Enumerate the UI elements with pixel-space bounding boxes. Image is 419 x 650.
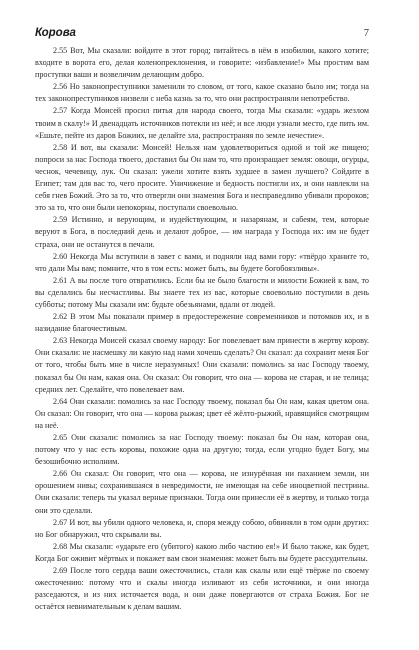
verse-list: 2.55 Вот, Мы сказали: войдите в этот гор… — [35, 45, 369, 613]
chapter-title: Корова — [35, 27, 76, 39]
verse-2-66: 2.66 Он сказал: Он говорит, что она — ко… — [35, 468, 369, 516]
verse-2-59: 2.59 Истинно, и верующим, и иудействующи… — [35, 214, 369, 250]
verse-2-65: 2.65 Они сказали: помолись за нас Господ… — [35, 432, 369, 468]
book-page: Корова 7 2.55 Вот, Мы сказали: войдите в… — [35, 27, 369, 613]
verse-2-64: 2.64 Они сказали: помолись за нас Господ… — [35, 396, 369, 432]
verse-2-56: 2.56 Но законопреступники заменили то сл… — [35, 81, 369, 105]
verse-2-68: 2.68 Мы сказали: «ударьте его (убитого) … — [35, 541, 369, 565]
verse-2-63: 2.63 Некогда Моисей сказал своему народу… — [35, 335, 369, 395]
verse-2-62: 2.62 В этом Мы показали пример в предост… — [35, 311, 369, 335]
verse-2-60: 2.60 Некогда Мы вступили в завет с вами,… — [35, 251, 369, 275]
verse-2-69: 2.69 После того сердца ваши ожесточились… — [35, 565, 369, 613]
verse-2-67: 2.67 И вот, вы убили одного человека, и,… — [35, 517, 369, 541]
verse-2-57: 2.57 Когда Моисей просил питья для народ… — [35, 105, 369, 141]
running-header: Корова 7 — [35, 27, 369, 39]
page-number: 7 — [364, 28, 369, 39]
verse-2-61: 2.61 А вы после того отвратились. Если б… — [35, 275, 369, 311]
verse-2-58: 2.58 И вот, вы сказали: Моисей! Нельзя н… — [35, 142, 369, 215]
verse-2-55: 2.55 Вот, Мы сказали: войдите в этот гор… — [35, 45, 369, 81]
